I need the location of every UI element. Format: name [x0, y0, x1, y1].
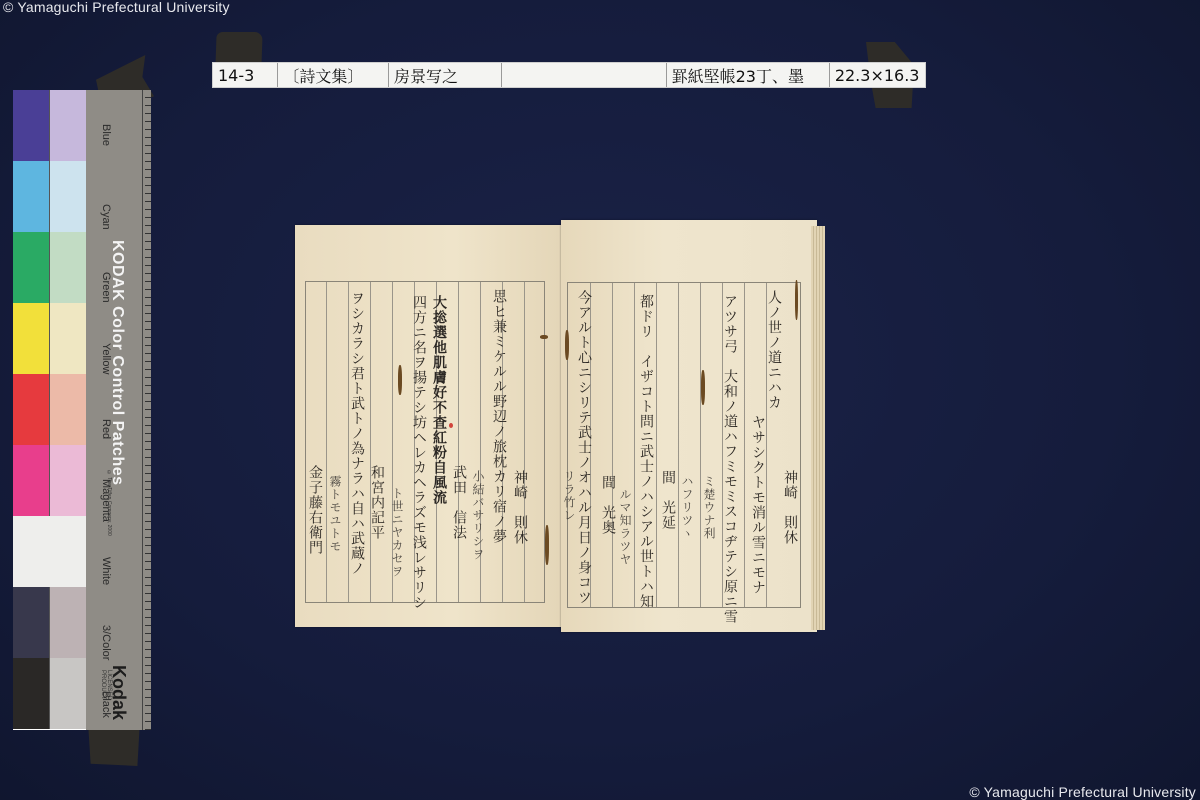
poem-column: ヤサシクトモ消ル雪ニモナ — [751, 415, 765, 595]
poem-column: 思ヒ兼ミケルル野辺ノ旅枕カリ宿ノ夢 — [492, 289, 506, 544]
patch-cyan-dark — [13, 161, 50, 232]
patch-magenta-light — [50, 445, 86, 516]
patch-row-yellow — [13, 303, 86, 374]
patch-row-black — [13, 658, 86, 729]
poet-name: 和宮内記平 — [370, 465, 384, 540]
poem-column: ヲシカラシ君ト武トノ為ナラハ自ハ武蔵ノ — [350, 291, 364, 576]
wormhole-damage — [398, 365, 402, 395]
catalog-number: 14-3 — [213, 63, 278, 87]
poet-name: 間 光延 — [661, 470, 675, 530]
patch-yellow-dark — [13, 303, 50, 374]
poet-name: 武田 信法 — [452, 465, 466, 540]
patch-row-3color — [13, 587, 86, 658]
red-mark — [449, 423, 453, 428]
patch-magenta-dark — [13, 445, 50, 516]
patch-yellow-light — [50, 303, 86, 374]
poem-column: 人ノ世ノ道ニハカ — [767, 290, 781, 410]
patch-blue-dark — [13, 90, 50, 161]
wormhole-damage — [540, 335, 548, 339]
catalog-dimensions: 22.3×16.3 — [830, 63, 925, 87]
poem-column: ハフリツヽ — [681, 475, 693, 540]
patch-row-cyan — [13, 161, 86, 232]
patch-row-magenta — [13, 445, 86, 516]
poem-column: アツサ弓 大和ノ道ハフミモミスコヂテシ原ニ雪 — [723, 294, 737, 624]
patch-cyan-light — [50, 161, 86, 232]
patch-black-dark — [13, 658, 50, 729]
wormhole-damage — [701, 370, 705, 405]
book-page-edges — [811, 226, 825, 630]
catalog-copyist: 房景写之 — [389, 63, 501, 87]
catalog-label-card: 14-3 〔詩文集〕 房景写之 罫紙堅帳23丁、墨 22.3×16.3 — [212, 62, 926, 88]
book-left-page: 思ヒ兼ミケルル野辺ノ旅枕カリ宿ノ夢 神崎 則休 小結バサリシヲ 武田 信法 大捴… — [295, 225, 561, 627]
poem-column: ト世ニヤカセヲ — [391, 487, 403, 578]
patch-red-light — [50, 374, 86, 445]
copyright-watermark-bottom: © Yamaguchi Prefectural University — [969, 784, 1196, 800]
label-white: White — [88, 536, 112, 607]
patch-green-light — [50, 232, 86, 303]
wormhole-damage — [565, 330, 569, 360]
poem-column: 今アルト心ニシリテ武士ノオハル月日ノ身コツ — [577, 290, 591, 605]
poem-column: ルマ知ラツヤ — [619, 488, 631, 566]
patch-3color-dark — [13, 587, 50, 658]
poet-name: 神崎 則休 — [513, 470, 527, 545]
chart-title: KODAK Color Control Patches — [108, 240, 126, 486]
poem-column: 都ドリ イザコト問ニ武士ノハシアル世トハ知 — [639, 294, 653, 609]
poem-column: 四方ニ名ヲ揚テシ坊ヘレカヘラズモ浅レサリシ — [412, 295, 426, 610]
poet-name: 金子藤右衛門 — [308, 465, 322, 555]
chart-copyright: © The Tiffen Company, 2000 — [106, 470, 112, 536]
patch-blue-light — [50, 90, 86, 161]
book-right-page: 人ノ世ノ道ニハカ ヤサシクトモ消ル雪ニモナ 神崎 則休 アツサ弓 大和ノ道ハフミ… — [561, 220, 817, 632]
patch-white-dark — [13, 516, 50, 587]
licensed-product-label: LICENSED PRODUCT — [100, 670, 112, 730]
patch-row-red — [13, 374, 86, 445]
poet-name: 神崎 則休 — [783, 470, 797, 545]
patch-red-dark — [13, 374, 50, 445]
poem-column: 霧トモユトモ — [329, 475, 341, 553]
catalog-format: 罫紙堅帳23丁、墨 — [667, 63, 830, 87]
patch-row-white — [13, 516, 86, 587]
kodak-ruler-strip: Blue Cyan Green Yellow Red Magenta White… — [86, 90, 151, 730]
patch-3color-light — [50, 587, 86, 658]
patch-green-dark — [13, 232, 50, 303]
ruler-edge — [142, 90, 143, 730]
patch-black-light — [50, 658, 86, 729]
copyright-watermark-top: © Yamaguchi Prefectural University — [3, 0, 230, 15]
patch-white-light — [50, 516, 86, 587]
poem-column: 大捴選他肌膚好不査紅粉自風流 — [432, 295, 446, 505]
patch-row-blue — [13, 90, 86, 161]
wormhole-damage — [795, 280, 798, 320]
wormhole-damage — [545, 525, 549, 565]
patch-row-green — [13, 232, 86, 303]
poem-column: 小結バサリシヲ — [472, 470, 484, 561]
catalog-blank — [502, 63, 667, 87]
label-blue: Blue — [88, 110, 112, 160]
poet-name: 間 光奥 — [601, 475, 615, 535]
color-control-patches — [13, 90, 86, 730]
catalog-title: 〔詩文集〕 — [278, 63, 389, 87]
ruler-ticks — [129, 90, 151, 730]
poem-column: ミ楚ウナ利 — [703, 475, 715, 540]
poem-column: リラ竹レ — [563, 470, 575, 522]
open-manuscript-book: 思ヒ兼ミケルル野辺ノ旅枕カリ宿ノ夢 神崎 則休 小結バサリシヲ 武田 信法 大捴… — [295, 220, 825, 632]
